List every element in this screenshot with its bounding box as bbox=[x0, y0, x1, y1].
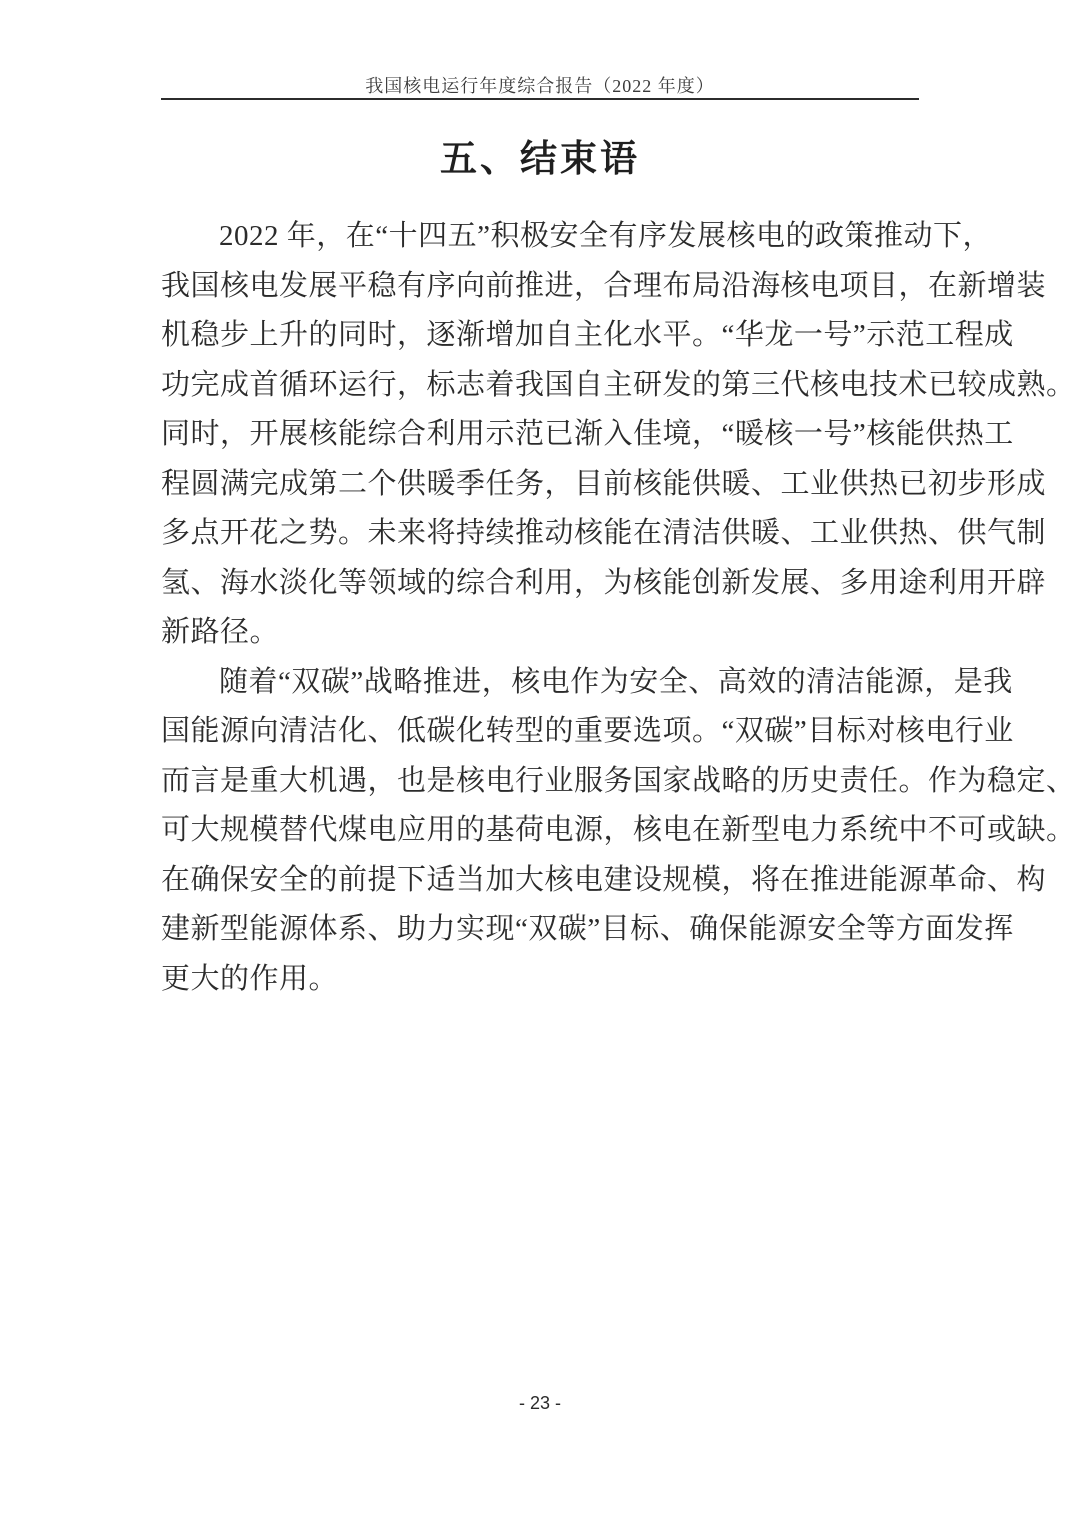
paragraph-line: 而言是重大机遇，也是核电行业服务国家战略的历史责任。作为稳定、 bbox=[161, 757, 936, 807]
paragraph-line: 程圆满完成第二个供暖季任务，目前核能供暖、工业供热已初步形成 bbox=[161, 460, 936, 510]
paragraph-line: 我国核电发展平稳有序向前推进，合理布局沿海核电项目，在新增装 bbox=[161, 262, 936, 312]
header-rule-divider bbox=[161, 98, 919, 100]
paragraph-line: 同时，开展核能综合利用示范已渐入佳境，“暖核一号”核能供热工 bbox=[161, 410, 936, 460]
paragraph-line: 国能源向清洁化、低碳化转型的重要选项。“双碳”目标对核电行业 bbox=[161, 707, 936, 757]
page-number: - 23 - bbox=[0, 1393, 1080, 1414]
paragraph-line: 多点开花之势。未来将持续推动核能在清洁供暖、工业供热、供气制 bbox=[161, 509, 936, 559]
paragraph-line: 氢、海水淡化等领域的综合利用，为核能创新发展、多用途利用开辟 bbox=[161, 559, 936, 609]
body-text: 2022 年，在“十四五”积极安全有序发展核电的政策推动下，我国核电发展平稳有序… bbox=[161, 212, 936, 1004]
paragraph-line: 可大规模替代煤电应用的基荷电源，核电在新型电力系统中不可或缺。 bbox=[161, 806, 936, 856]
paragraph: 2022 年，在“十四五”积极安全有序发展核电的政策推动下，我国核电发展平稳有序… bbox=[161, 212, 936, 658]
paragraph: 随着“双碳”战略推进，核电作为安全、高效的清洁能源，是我国能源向清洁化、低碳化转… bbox=[161, 658, 936, 1005]
paragraph-line: 建新型能源体系、助力实现“双碳”目标、确保能源安全等方面发挥 bbox=[161, 905, 936, 955]
paragraph-line: 更大的作用。 bbox=[161, 955, 936, 1005]
paragraph-line: 机稳步上升的同时，逐渐增加自主化水平。“华龙一号”示范工程成 bbox=[161, 311, 936, 361]
paragraph-line: 新路径。 bbox=[161, 608, 936, 658]
paragraph-line: 2022 年，在“十四五”积极安全有序发展核电的政策推动下， bbox=[161, 212, 936, 262]
paragraph-line: 在确保安全的前提下适当加大核电建设规模，将在推进能源革命、构 bbox=[161, 856, 936, 906]
paragraph-line: 随着“双碳”战略推进，核电作为安全、高效的清洁能源，是我 bbox=[161, 658, 936, 708]
page-header-running-title: 我国核电运行年度综合报告（2022 年度） bbox=[0, 72, 1080, 98]
document-page: 我国核电运行年度综合报告（2022 年度） 五、结束语 2022 年，在“十四五… bbox=[0, 0, 1080, 1527]
section-title: 五、结束语 bbox=[0, 128, 1080, 182]
paragraph-line: 功完成首循环运行，标志着我国自主研发的第三代核电技术已较成熟。 bbox=[161, 361, 936, 411]
